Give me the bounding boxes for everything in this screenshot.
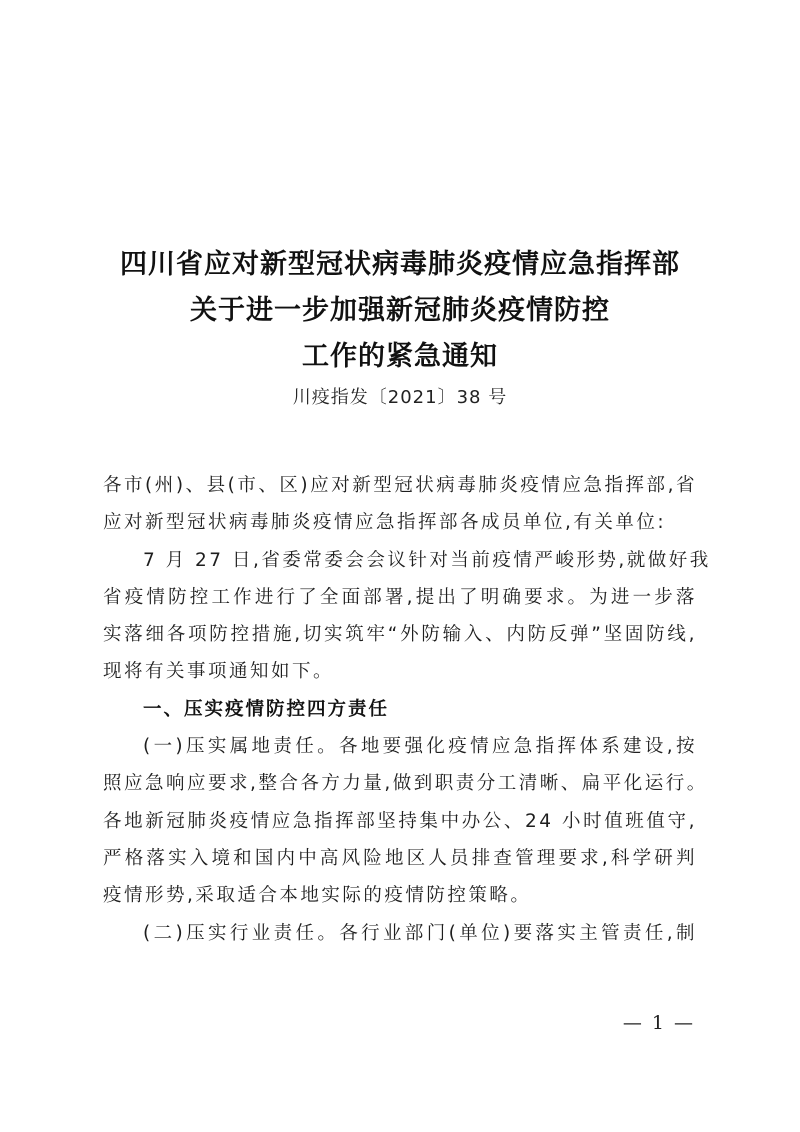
paragraph-line: 现将有关事项通知如下。: [103, 653, 697, 690]
paragraph-line: 省疫情防控工作进行了全面部署,提出了明确要求。为进一步落: [103, 579, 697, 616]
addressee-line: 各市(州)、县(市、区)应对新型冠状病毒肺炎疫情应急指挥部,省: [103, 467, 697, 504]
paragraph-line: 实落细各项防控措施,切实筑牢“外防输入、内防反弹”坚固防线,: [103, 616, 697, 653]
addressee-line: 应对新型冠状病毒肺炎疫情应急指挥部各成员单位,有关单位:: [103, 504, 697, 541]
document-body: 各市(州)、县(市、区)应对新型冠状病毒肺炎疫情应急指挥部,省 应对新型冠状病毒…: [103, 467, 697, 952]
paragraph-line: 各地新冠肺炎疫情应急指挥部坚持集中办公、24 小时值班值守,: [103, 803, 697, 840]
paragraph-line: (一)压实属地责任。各地要强化疫情应急指挥体系建设,按: [103, 728, 697, 765]
document-title: 四川省应对新型冠状病毒肺炎疫情应急指挥部 关于进一步加强新冠肺炎疫情防控 工作的…: [0, 242, 800, 380]
paragraph-line: 7 月 27 日,省委常委会会议针对当前疫情严峻形势,就做好我: [103, 542, 697, 579]
paragraph-line: 疫情形势,采取适合本地实际的疫情防控策略。: [103, 877, 697, 914]
paragraph-line: 严格落实入境和国内中高风险地区人员排查管理要求,科学研判: [103, 840, 697, 877]
title-line: 四川省应对新型冠状病毒肺炎疫情应急指挥部: [0, 242, 800, 288]
paragraph-line: 照应急响应要求,整合各方力量,做到职责分工清晰、扁平化运行。: [103, 765, 697, 802]
page-number: — 1 —: [585, 1011, 695, 1035]
document-page: 四川省应对新型冠状病毒肺炎疫情应急指挥部 关于进一步加强新冠肺炎疫情防控 工作的…: [0, 0, 800, 1132]
paragraph-line: (二)压实行业责任。各行业部门(单位)要落实主管责任,制: [103, 915, 697, 952]
title-line: 工作的紧急通知: [0, 334, 800, 380]
title-line: 关于进一步加强新冠肺炎疫情防控: [0, 288, 800, 334]
document-number: 川疫指发〔2021〕38 号: [0, 384, 800, 412]
section-heading: 一、压实疫情防控四方责任: [103, 691, 697, 728]
